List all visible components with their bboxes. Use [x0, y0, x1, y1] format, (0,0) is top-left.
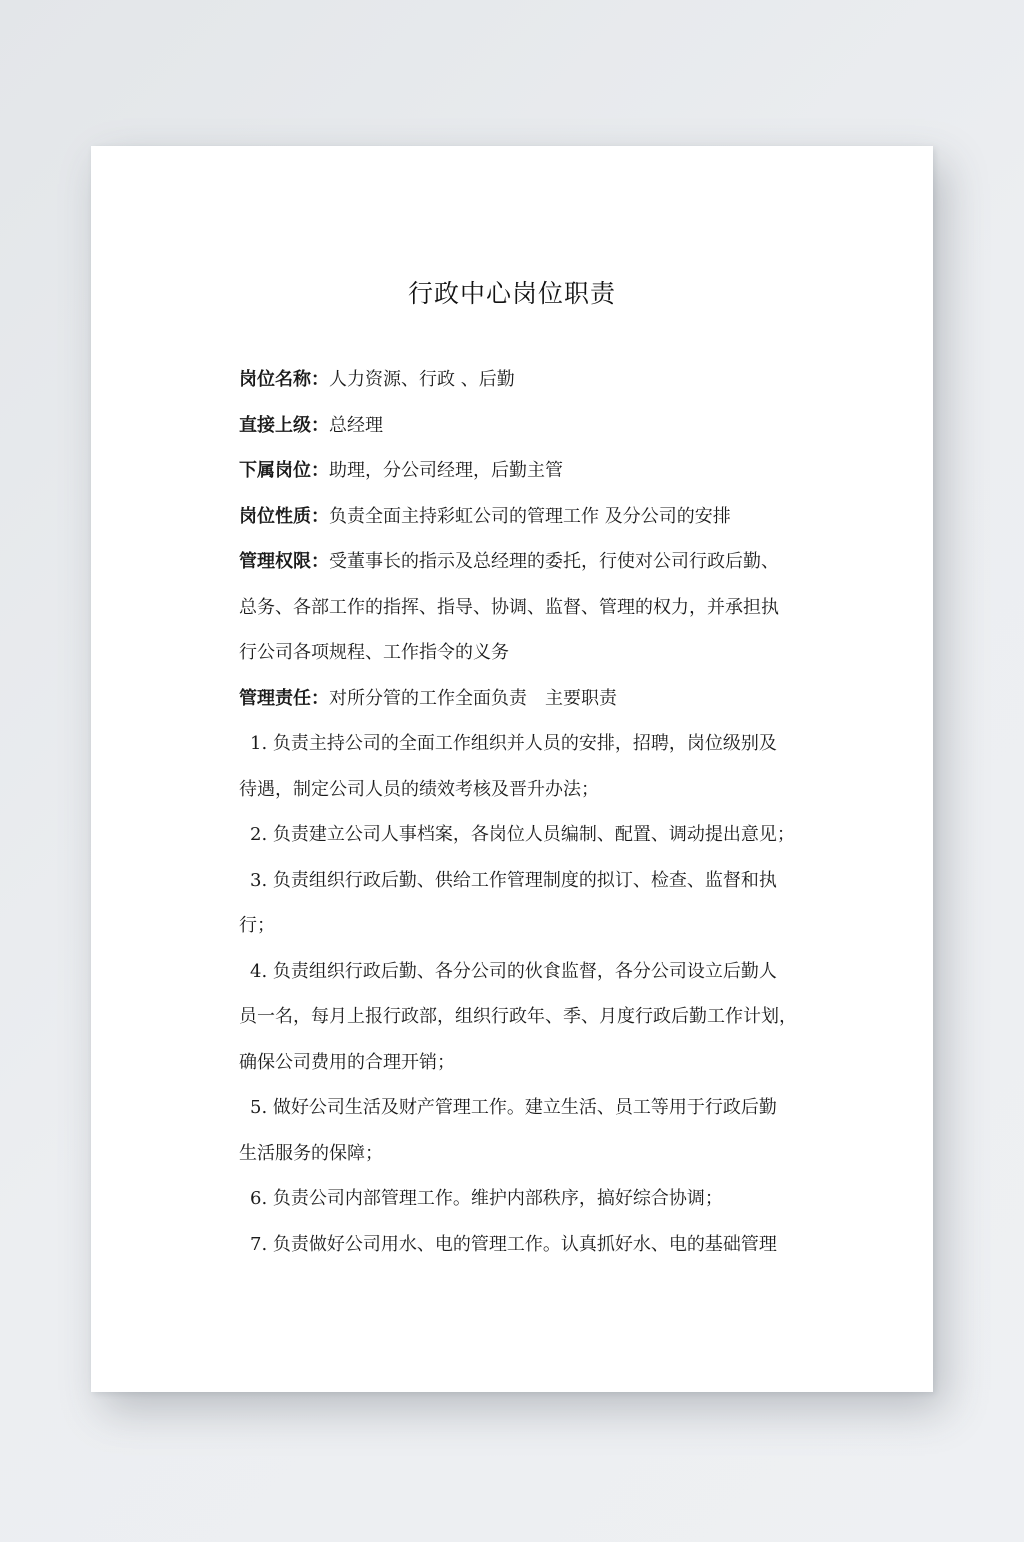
- duty-line: 员一名，每月上报行政部，组织行政年、季、月度行政后勤工作计划，: [239, 1001, 859, 1047]
- field-label: 管理权限：: [239, 551, 329, 572]
- duty-line: 2. 负责建立公司人事档案，各岗位人员编制、配置、调动提出意见；: [239, 819, 859, 865]
- duty-line: 1. 负责主持公司的全面工作组织并人员的安排，招聘，岗位级别及: [239, 728, 859, 774]
- field-value: 人力资源、行政 、后勤: [329, 369, 515, 390]
- duty-line: 生活服务的保障；: [239, 1138, 859, 1184]
- field-position-nature: 岗位性质：负责全面主持彩虹公司的管理工作 及分公司的安排: [239, 501, 859, 547]
- duty-line: 行；: [239, 910, 859, 956]
- field-value: 受董事长的指示及总经理的委托，行使对公司行政后勤、: [329, 551, 779, 572]
- field-position-name: 岗位名称：人力资源、行政 、后勤: [239, 364, 859, 410]
- field-value: 总经理: [329, 415, 383, 436]
- field-subordinates: 下属岗位：助理，分公司经理，后勤主管: [239, 455, 859, 501]
- duty-line: 6. 负责公司内部管理工作。维护内部秩序，搞好综合协调；: [239, 1183, 859, 1229]
- duty-line: 5. 做好公司生活及财产管理工作。建立生活、员工等用于行政后勤: [239, 1092, 859, 1138]
- field-direct-superior: 直接上级：总经理: [239, 410, 859, 456]
- authority-continuation-line: 总务、各部工作的指挥、指导、协调、监督、管理的权力，并承担执: [239, 592, 859, 638]
- duty-line: 4. 负责组织行政后勤、各分公司的伙食监督，各分公司设立后勤人: [239, 956, 859, 1002]
- field-value: 助理，分公司经理，后勤主管: [329, 460, 563, 481]
- field-label: 岗位名称：: [239, 369, 329, 390]
- duty-line: 7. 负责做好公司用水、电的管理工作。认真抓好水、电的基础管理: [239, 1229, 859, 1275]
- field-management-authority: 管理权限：受董事长的指示及总经理的委托，行使对公司行政后勤、: [239, 546, 859, 592]
- document-title: 行政中心岗位职责: [91, 274, 933, 310]
- duty-line: 3. 负责组织行政后勤、供给工作管理制度的拟订、检查、监督和执: [239, 865, 859, 911]
- field-label: 岗位性质：: [239, 506, 329, 527]
- document-page: 行政中心岗位职责 岗位名称：人力资源、行政 、后勤 直接上级：总经理 下属岗位：…: [91, 146, 933, 1392]
- field-label: 管理责任：: [239, 688, 329, 709]
- duty-line: 确保公司费用的合理开销；: [239, 1047, 859, 1093]
- document-body: 岗位名称：人力资源、行政 、后勤 直接上级：总经理 下属岗位：助理，分公司经理，…: [239, 364, 859, 1274]
- authority-continuation-line: 行公司各项规程、工作指令的义务: [239, 637, 859, 683]
- duty-line: 待遇，制定公司人员的绩效考核及晋升办法；: [239, 774, 859, 820]
- field-label: 直接上级：: [239, 415, 329, 436]
- field-value: 对所分管的工作全面负责 主要职责: [329, 688, 617, 709]
- field-management-responsibility: 管理责任：对所分管的工作全面负责 主要职责: [239, 683, 859, 729]
- field-value: 负责全面主持彩虹公司的管理工作 及分公司的安排: [329, 506, 731, 527]
- field-label: 下属岗位：: [239, 460, 329, 481]
